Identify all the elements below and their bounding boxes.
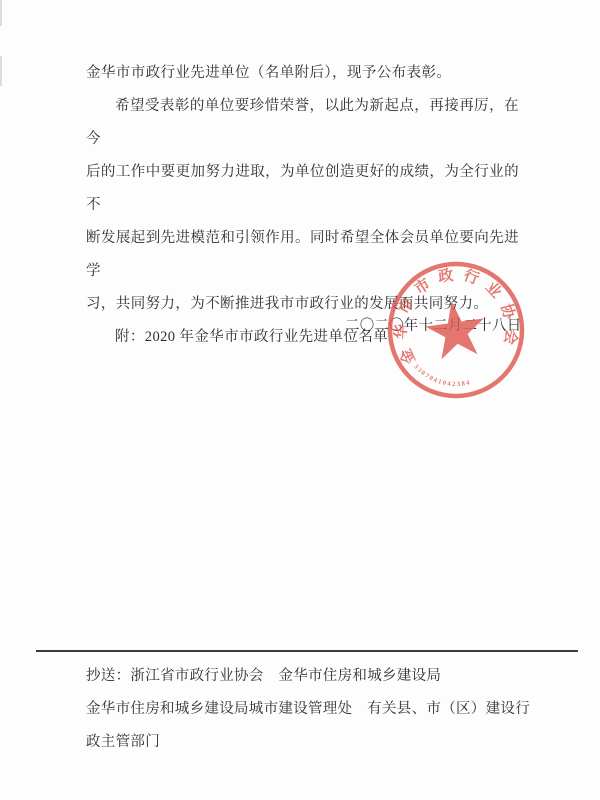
date-line: 二〇二〇年十二月二十八日 (345, 314, 521, 335)
body-line: 希望受表彰的单位要珍惜荣誉，以此为新起点，再接再厉，在今 (86, 90, 519, 156)
seal-code-text: 3307041042384 (412, 363, 472, 388)
scanned-document-page: 金华市市政行业先进单位（名单附后），现予公布表彰。 希望受表彰的单位要珍惜荣誉，… (0, 0, 600, 800)
body-line: 金华市市政行业先进单位（名单附后），现予公布表彰。 (86, 57, 519, 90)
body-line: 后的工作中要更加努力进取，为单位创造更好的成绩，为全行业的不 (86, 156, 519, 222)
body-line: 断发展起到先进模范和引领作用。同时希望全体会员单位要向先进学 (86, 222, 519, 288)
cc-line: 抄送：浙江省市政行业协会 金华市住房和城乡建设局 (86, 660, 556, 693)
cc-line: 金华市住房和城乡建设局城市建设管理处 有关县、市（区）建设行 (86, 693, 556, 726)
scan-edge-artifact (0, 0, 2, 26)
footer-divider (36, 650, 578, 652)
scan-edge-artifact (0, 56, 2, 86)
cc-distribution-block: 抄送：浙江省市政行业协会 金华市住房和城乡建设局 金华市住房和城乡建设局城市建设… (86, 660, 556, 759)
cc-line: 政主管部门 (86, 726, 556, 759)
letter-body: 金华市市政行业先进单位（名单附后），现予公布表彰。 希望受表彰的单位要珍惜荣誉，… (86, 57, 519, 354)
